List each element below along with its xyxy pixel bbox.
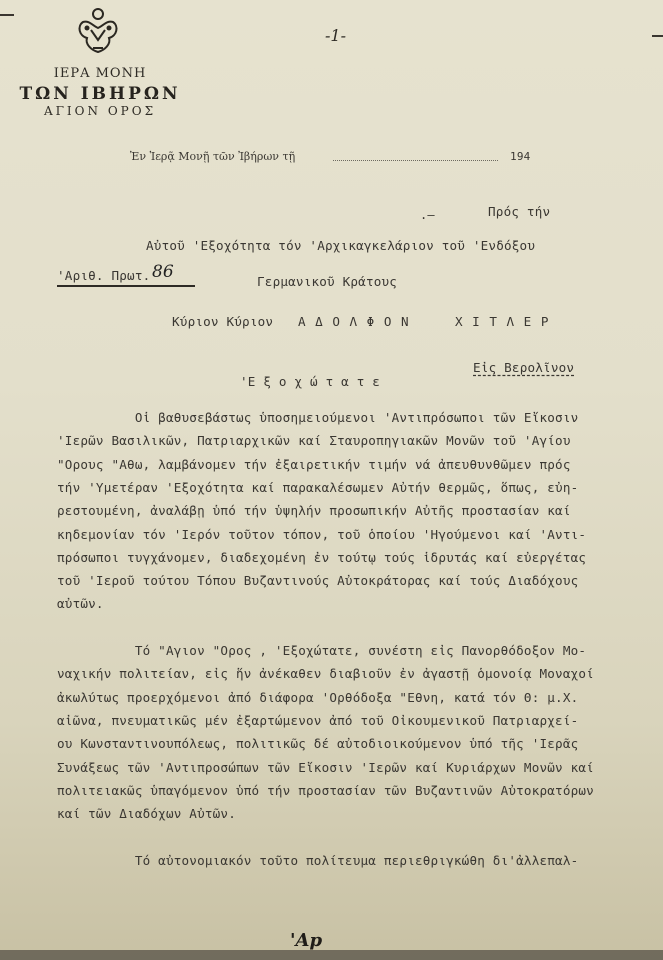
margin-mark-right: [652, 35, 663, 37]
letterhead-line2: ΤΩΝ ΙΒΗΡΩΝ: [0, 84, 200, 104]
address-prefix: Κύριον Κύριον: [172, 314, 273, 329]
body-line: "Ορους "Αθω, λαμβάνομεν τήν ἐξαιρετικήν …: [57, 457, 571, 472]
body-line: ου Κωνσταντινουπόλεως, πολιτικῶς δέ αὐτο…: [57, 736, 578, 751]
handwritten-initials: 'Ap: [290, 930, 322, 951]
dateline-year: 194: [510, 150, 530, 163]
double-headed-eagle-icon: [73, 4, 123, 56]
body-line: κηδεμονίαν τόν 'Ιερόν τοῦτον τόπον, τοῦ …: [57, 527, 586, 542]
protocol-number: 86: [152, 262, 174, 282]
letter-page: ΙΕΡΑ ΜΟΝΗ ΤΩΝ ΙΒΗΡΩΝ ΑΓΙΟΝ ΟΡΟΣ -1- Ἐν Ἱ…: [0, 0, 663, 960]
margin-mark-left: [0, 14, 14, 16]
body-line: τοῦ 'Ιεροῦ τούτου Τόπου Βυζαντινούς Αὐτο…: [57, 573, 578, 588]
body-line: πρόσωποι τυγχάνομεν, διαδεχομένη ἐν τούτ…: [57, 550, 586, 565]
protocol-underline: [57, 285, 195, 287]
letterhead-line1: ΙΕΡΑ ΜΟΝΗ: [0, 66, 200, 81]
body-line: τήν 'Υμετέραν 'Εξοχότητα καί παρακαλέσωμ…: [57, 480, 578, 495]
body-line: Τό "Αγιον "Ορος , 'Εξοχώτατε, συνέστη εἰ…: [57, 643, 586, 658]
address-to: Πρός τήν: [488, 204, 550, 219]
body-line: Συνάξεως τῶν 'Αντιπροσώπων τῶν Εἴκοσιν '…: [57, 760, 594, 775]
salutation: 'Ε ξ ο χ ώ τ α τ ε: [240, 374, 380, 389]
body-line: καί τῶν Διαδόχων Αὐτῶν.: [57, 806, 236, 821]
body-line: πολιτειακῶς ὑπαγόμενον ὑπό τήν προστασία…: [57, 783, 594, 798]
recipient-first-name: Α Δ Ο Λ Φ Ο Ν: [298, 314, 410, 329]
body-line: αὐτῶν.: [57, 596, 104, 611]
body-line: ναχικήν πολιτείαν, εἰς ἥν ἀνέκαθεν διαβι…: [57, 666, 594, 681]
address-line2: Γερμανικοῦ Κράτους: [257, 274, 397, 289]
date-fill-line: [333, 160, 498, 161]
body-line: ρεστουμένη, ἀναλάβῃ ὑπό τήν ὑψηλήν προσω…: [57, 503, 571, 518]
body-line: Οἱ βαθυσεβάστως ὑποσημειούμενοι 'Αντιπρό…: [57, 410, 578, 425]
letterhead-line3: ΑΓΙΟΝ ΟΡΟΣ: [0, 104, 200, 118]
body-line: Τό αὐτονομιακόν τοῦτο πολίτευμα περιεθρι…: [57, 853, 578, 868]
recipient-dash: .—: [420, 208, 435, 222]
page-number: -1-: [325, 26, 346, 45]
page-bottom-edge: [0, 950, 663, 960]
body-line: 'Ιερῶν Βασιλικῶν, Πατριαρχικῶν καί Σταυρ…: [57, 433, 571, 448]
dateline-text: Ἐν Ἱερᾷ Μονῇ τῶν Ἰβήρων τῇ: [130, 150, 295, 163]
body-line: ἀκωλύτως προερχόμενοι ἀπό διάφορα 'Ορθόδ…: [57, 690, 578, 705]
recipient-last-name: Χ Ι Τ Λ Ε Ρ: [455, 314, 549, 329]
protocol-label: 'Αριθ. Πρωτ.: [57, 268, 150, 283]
address-city: Εἰς Βερολῖνον: [473, 360, 574, 375]
body-line: αἰῶνα, πνευματικῶς μέν ἐξαρτώμενον ἀπό τ…: [57, 713, 578, 728]
address-line1: Αὐτοῦ 'Εξοχότητα τόν 'Αρχικαγκελάριον το…: [146, 238, 535, 253]
